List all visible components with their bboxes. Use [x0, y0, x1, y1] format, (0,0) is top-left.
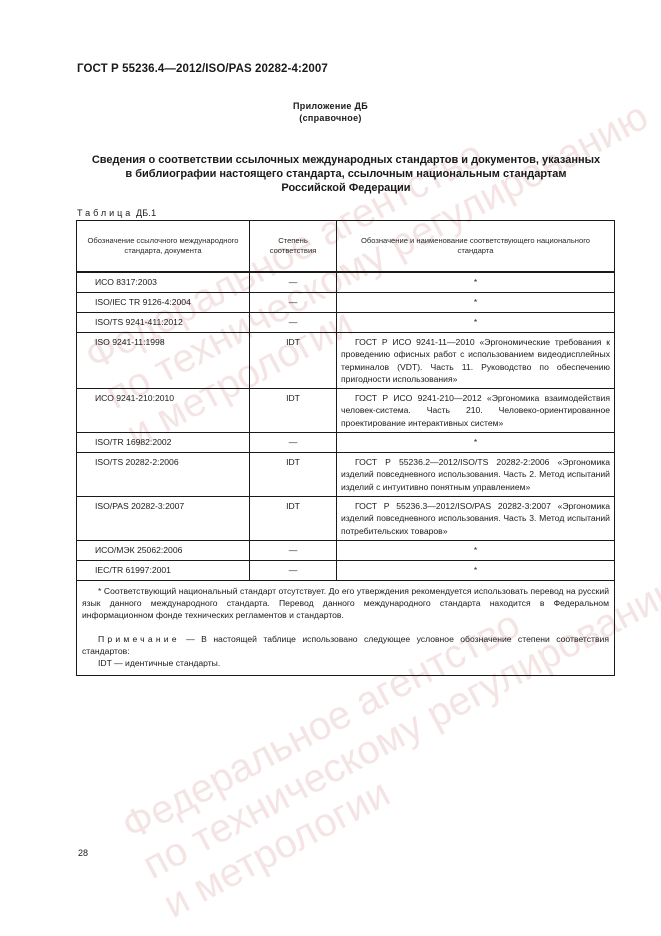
cell-degree: IDT [250, 333, 337, 389]
section-title-line: Сведения о соответствии ссылочных междун… [76, 153, 616, 167]
table-caption-word: Таблица [77, 208, 133, 218]
national-standard-text: ГОСТ Р 55236.3—2012/ISO/PAS 20282-3:2007… [341, 501, 610, 536]
table-row: ИСО 8317:2003—* [77, 272, 615, 293]
appendix-type: (справочное) [0, 112, 661, 124]
table-row: ISO/TS 20282-2:2006IDTГОСТ Р 55236.2—201… [77, 453, 615, 497]
national-standard-text: ГОСТ Р 55236.2—2012/ISO/TS 20282-2:2006 … [341, 457, 610, 492]
table-header-row: Обозначение ссылочного международного ст… [77, 221, 615, 273]
document-header: ГОСТ Р 55236.4—2012/ISO/PAS 20282-4:2007 [77, 63, 328, 75]
cell-intl-standard: IEC/TR 61997:2001 [77, 560, 250, 580]
cell-degree: IDT [250, 453, 337, 497]
section-title-line: Российской Федерации [76, 181, 616, 195]
table-row: ISO/TR 16982:2002—* [77, 433, 615, 453]
cell-intl-standard: ISO 9241-11:1998 [77, 333, 250, 389]
cell-national-standard: * [337, 272, 615, 293]
cell-intl-standard: ISO/PAS 20282-3:2007 [77, 496, 250, 540]
correspondence-table: Обозначение ссылочного международного ст… [76, 220, 615, 676]
note-label: Примечание [98, 634, 180, 644]
cell-intl-standard: ISO/TR 16982:2002 [77, 433, 250, 453]
appendix-heading: Приложение ДБ (справочное) [0, 100, 661, 124]
section-title-line: в библиографии настоящего стандарта, ссы… [76, 167, 616, 181]
cell-degree: — [250, 540, 337, 560]
cell-national-standard: ГОСТ Р 55236.2—2012/ISO/TS 20282-2:2006 … [337, 453, 615, 497]
page-number: 28 [78, 848, 88, 858]
table-row: ISO/IEC TR 9126-4:2004—* [77, 293, 615, 313]
cell-degree: — [250, 560, 337, 580]
cell-degree: IDT [250, 496, 337, 540]
cell-degree: — [250, 272, 337, 293]
cell-national-standard: * [337, 540, 615, 560]
cell-degree: IDT [250, 389, 337, 433]
cell-intl-standard: ISO/TS 20282-2:2006 [77, 453, 250, 497]
appendix-title: Приложение ДБ [0, 100, 661, 112]
cell-intl-standard: ИСО 9241-210:2010 [77, 389, 250, 433]
cell-national-standard: ГОСТ Р ИСО 9241-210—2012 «Эргономика вза… [337, 389, 615, 433]
note-legend: IDT — идентичные стандарты. [82, 657, 609, 669]
cell-intl-standard: ИСО 8317:2003 [77, 272, 250, 293]
cell-national-standard: ГОСТ Р 55236.3—2012/ISO/PAS 20282-3:2007… [337, 496, 615, 540]
table-caption-id: ДБ.1 [136, 208, 156, 218]
table-footer-row: * Соответствующий национальный стандарт … [77, 580, 615, 675]
cell-intl-standard: ISO/TS 9241-411:2012 [77, 313, 250, 333]
cell-national-standard: * [337, 433, 615, 453]
table-row: ИСО/МЭК 25062:2006—* [77, 540, 615, 560]
cell-national-standard: * [337, 560, 615, 580]
table-caption: Таблица ДБ.1 [77, 208, 156, 218]
table-row: ИСО 9241-210:2010IDTГОСТ Р ИСО 9241-210—… [77, 389, 615, 433]
header-intl-standard: Обозначение ссылочного международного ст… [77, 221, 250, 273]
footnote: * Соответствующий национальный стандарт … [82, 585, 609, 622]
table-row: IEC/TR 61997:2001—* [77, 560, 615, 580]
table-row: ISO/PAS 20282-3:2007IDTГОСТ Р 55236.3—20… [77, 496, 615, 540]
national-standard-text: ГОСТ Р ИСО 9241-11—2010 «Эргономические … [341, 337, 610, 384]
cell-degree: — [250, 293, 337, 313]
header-national-standard: Обозначение и наименование соответствующ… [337, 221, 615, 273]
table-footer: * Соответствующий национальный стандарт … [77, 580, 615, 675]
cell-national-standard: * [337, 313, 615, 333]
cell-degree: — [250, 313, 337, 333]
table-row: ISO 9241-11:1998IDTГОСТ Р ИСО 9241-11—20… [77, 333, 615, 389]
cell-intl-standard: ИСО/МЭК 25062:2006 [77, 540, 250, 560]
cell-national-standard: ГОСТ Р ИСО 9241-11—2010 «Эргономические … [337, 333, 615, 389]
section-title: Сведения о соответствии ссылочных междун… [76, 153, 616, 195]
cell-degree: — [250, 433, 337, 453]
cell-intl-standard: ISO/IEC TR 9126-4:2004 [77, 293, 250, 313]
table-body: ИСО 8317:2003—*ISO/IEC TR 9126-4:2004—*I… [77, 272, 615, 580]
note: Примечание — В настоящей таблице использ… [82, 633, 609, 658]
table-row: ISO/TS 9241-411:2012—* [77, 313, 615, 333]
header-degree: Степень соответствия [250, 221, 337, 273]
cell-national-standard: * [337, 293, 615, 313]
national-standard-text: ГОСТ Р ИСО 9241-210—2012 «Эргономика вза… [341, 393, 610, 428]
